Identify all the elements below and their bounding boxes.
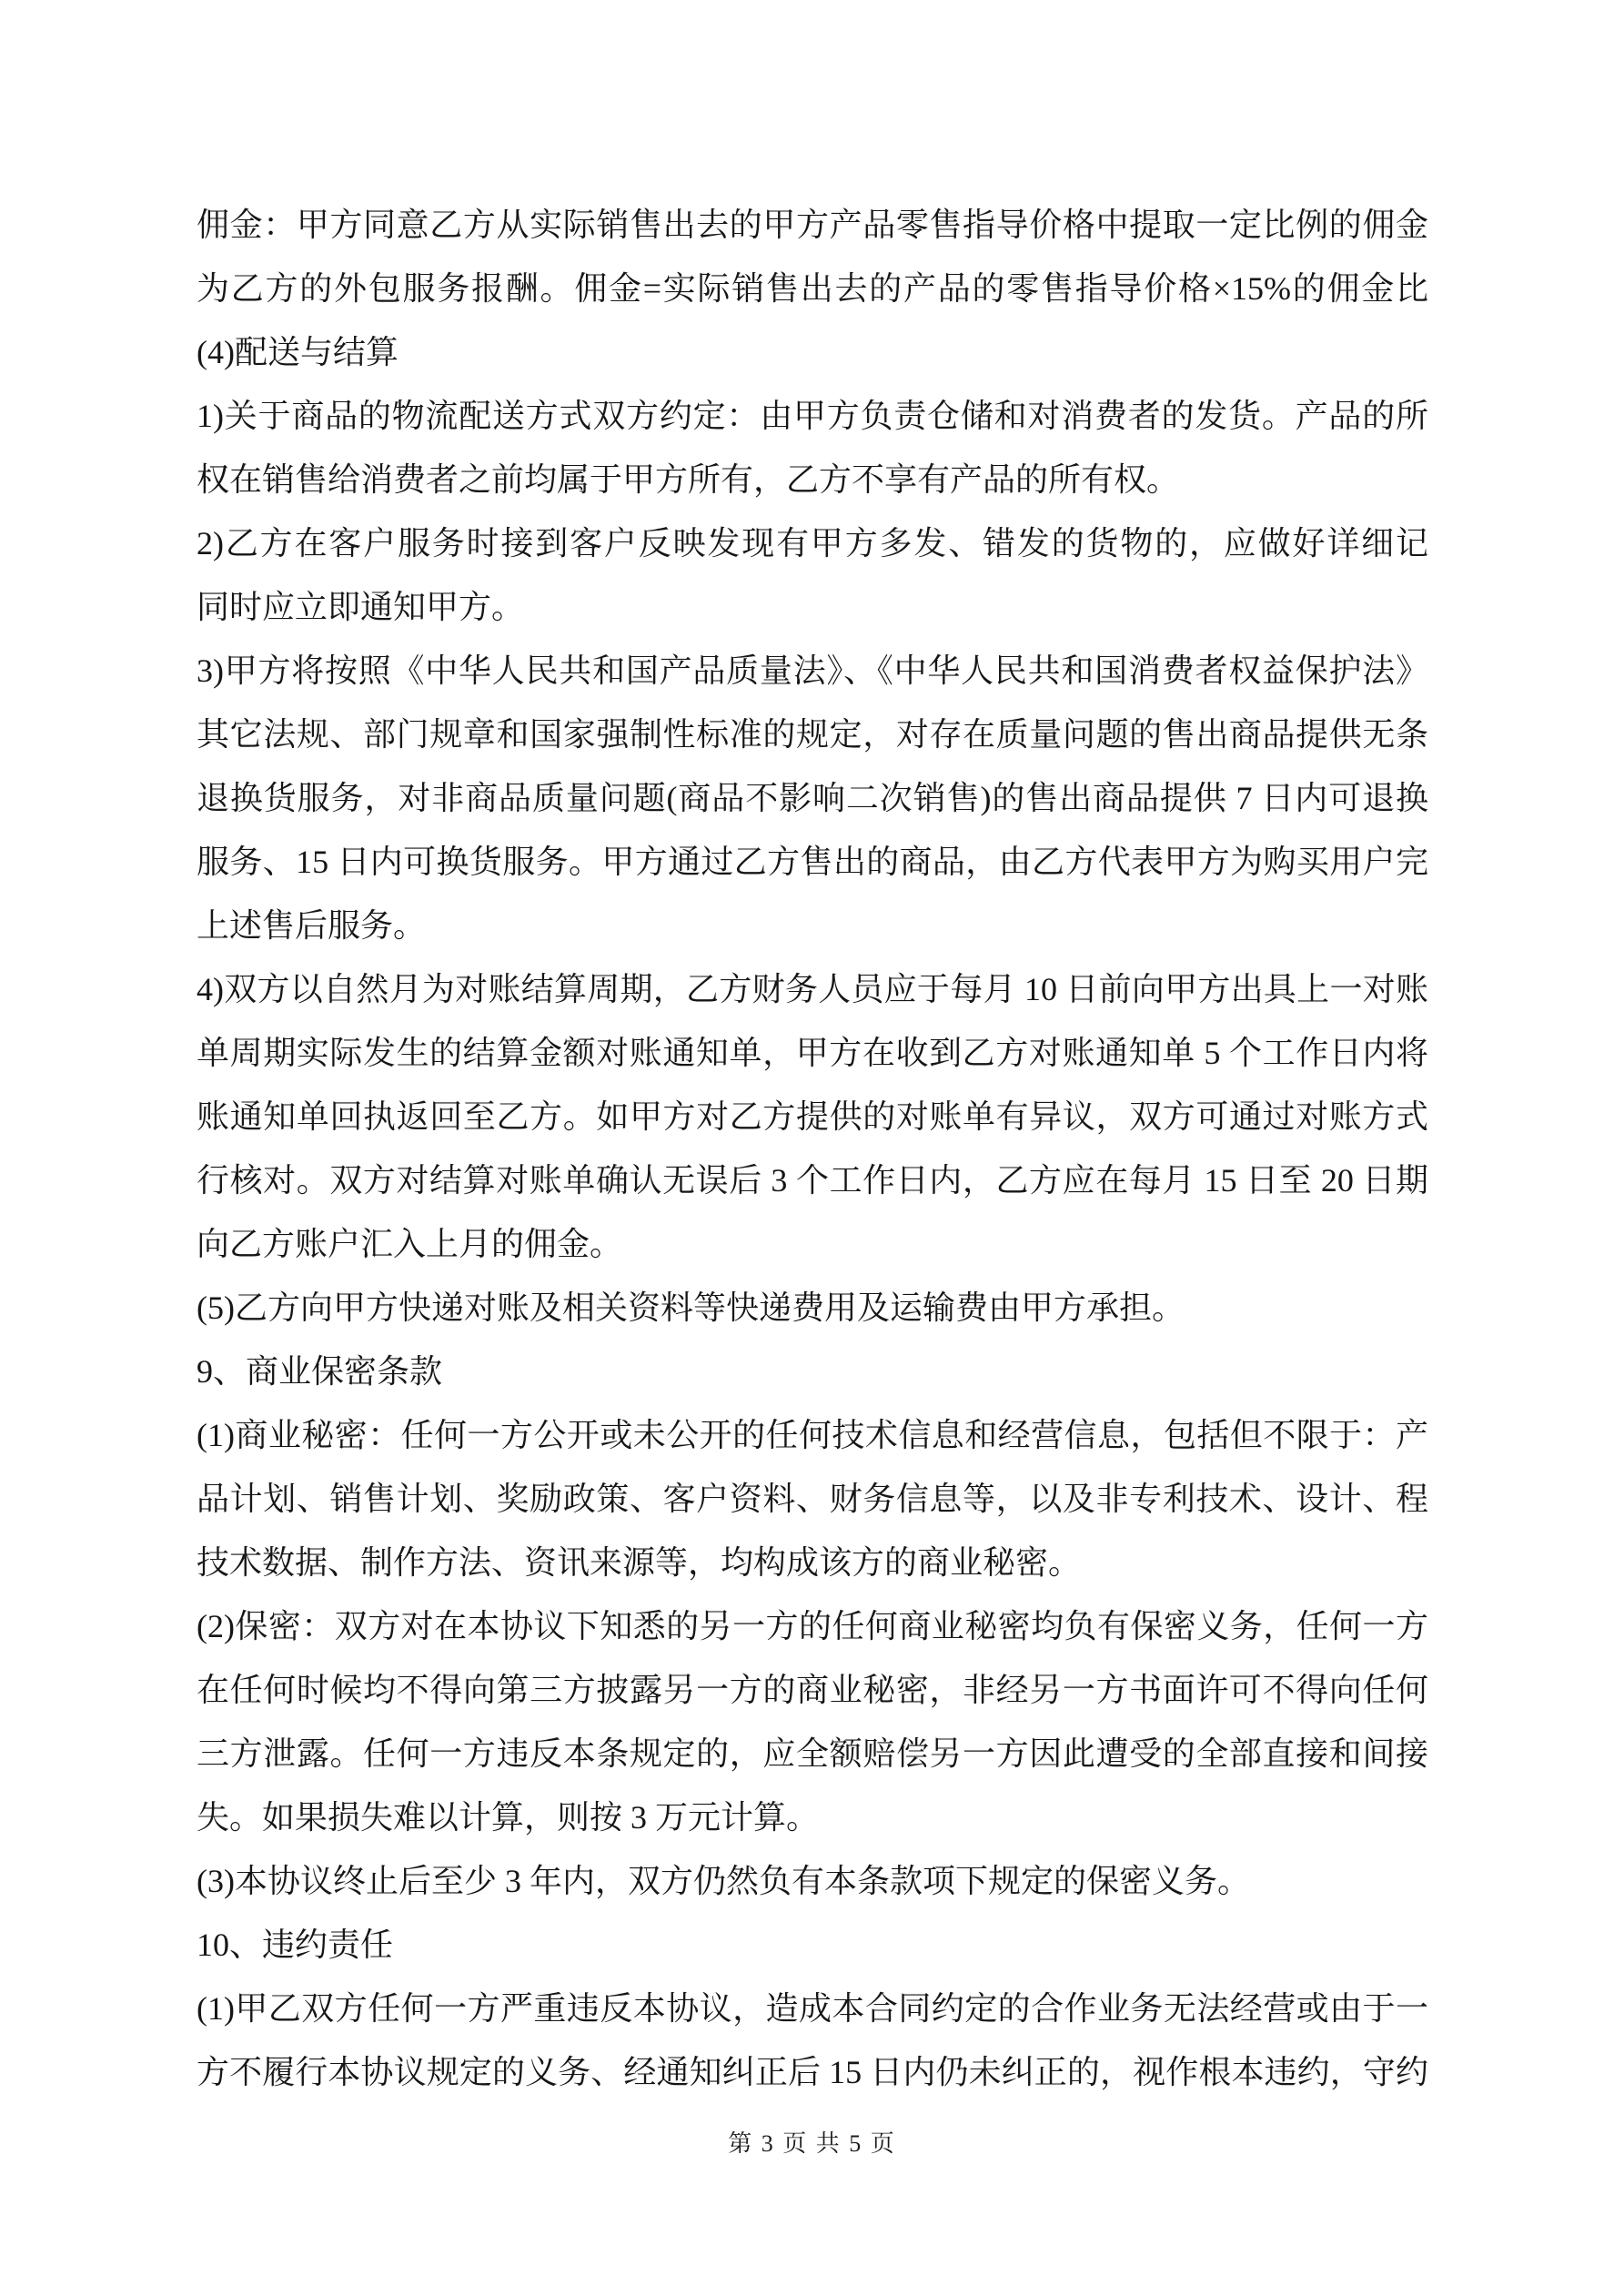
text-line: 服务、15 日内可换货服务。甲方通过乙方售出的商品，由乙方代表甲方为购买用户完成 [197, 830, 1428, 894]
text-line: 在任何时候均不得向第三方披露另一方的商业秘密，非经另一方书面许可不得向任何第 [197, 1658, 1428, 1722]
text-line: 技术数据、制作方法、资讯来源等，均构成该方的商业秘密。 [197, 1531, 1428, 1594]
text-line: 同时应立即通知甲方。 [197, 575, 1428, 639]
text-line: 4)双方以自然月为对账结算周期，乙方财务人员应于每月 10 日前向甲方出具上一对… [197, 957, 1428, 1021]
text-line: 10、违约责任 [197, 1913, 1428, 1977]
text-line: 单周期实际发生的结算金额对账通知单，甲方在收到乙方对账通知单 5 个工作日内将对 [197, 1021, 1428, 1085]
text-line: 为乙方的外包服务报酬。佣金=实际销售出去的产品的零售指导价格×15%的佣金比例。 [197, 257, 1428, 320]
text-line: (4)配送与结算 [197, 320, 1428, 384]
text-line: (1)甲乙双方任何一方严重违反本协议，造成本合同约定的合作业务无法经营或由于一 [197, 1977, 1428, 2040]
contract-body: 佣金：甲方同意乙方从实际销售出去的甲方产品零售指导价格中提取一定比例的佣金作为乙… [197, 193, 1428, 2104]
text-line: 行核对。双方对结算对账单确认无误后 3 个工作日内，乙方应在每月 15 日至 2… [197, 1148, 1428, 1212]
text-line: 上述售后服务。 [197, 894, 1428, 957]
text-line: (5)乙方向甲方快递对账及相关资料等快递费用及运输费由甲方承担。 [197, 1276, 1428, 1340]
text-line: 其它法规、部门规章和国家强制性标准的规定，对存在质量问题的售出商品提供无条件 [197, 703, 1428, 766]
text-line: (2)保密：双方对在本协议下知悉的另一方的任何商业秘密均负有保密义务，任何一方 [197, 1594, 1428, 1658]
text-line: 品计划、销售计划、奖励政策、客户资料、财务信息等，以及非专利技术、设计、程序、 [197, 1467, 1428, 1531]
text-line: 佣金：甲方同意乙方从实际销售出去的甲方产品零售指导价格中提取一定比例的佣金作 [197, 193, 1428, 257]
text-line: 3)甲方将按照《中华人民共和国产品质量法》、《中华人民共和国消费者权益保护法》及 [197, 639, 1428, 703]
text-line: (1)商业秘密：任何一方公开或未公开的任何技术信息和经营信息，包括但不限于：产 [197, 1403, 1428, 1467]
page-number-text: 第 3 页 共 5 页 [728, 2130, 896, 2157]
text-line: 向乙方账户汇入上月的佣金。 [197, 1212, 1428, 1276]
text-line: 退换货服务，对非商品质量问题(商品不影响二次销售)的售出商品提供 7 日内可退换… [197, 766, 1428, 830]
text-line: 1)关于商品的物流配送方式双方约定：由甲方负责仓储和对消费者的发货。产品的所有 [197, 384, 1428, 448]
text-line: 失。如果损失难以计算，则按 3 万元计算。 [197, 1785, 1428, 1849]
text-line: 9、商业保密条款 [197, 1340, 1428, 1403]
page-footer: 第 3 页 共 5 页 [0, 2126, 1624, 2162]
text-line: 权在销售给消费者之前均属于甲方所有，乙方不享有产品的所有权。 [197, 448, 1428, 511]
text-line: 方不履行本协议规定的义务、经通知纠正后 15 日内仍未纠正的，视作根本违约，守约 [197, 2040, 1428, 2104]
document-page: 佣金：甲方同意乙方从实际销售出去的甲方产品零售指导价格中提取一定比例的佣金作为乙… [0, 0, 1624, 2296]
text-line: 2)乙方在客户服务时接到客户反映发现有甲方多发、错发的货物的，应做好详细记录， [197, 511, 1428, 575]
text-line: (3)本协议终止后至少 3 年内，双方仍然负有本条款项下规定的保密义务。 [197, 1849, 1428, 1913]
text-line: 账通知单回执返回至乙方。如甲方对乙方提供的对账单有异议，双方可通过对账方式进 [197, 1085, 1428, 1148]
text-line: 三方泄露。任何一方违反本条规定的，应全额赔偿另一方因此遭受的全部直接和间接损 [197, 1722, 1428, 1785]
